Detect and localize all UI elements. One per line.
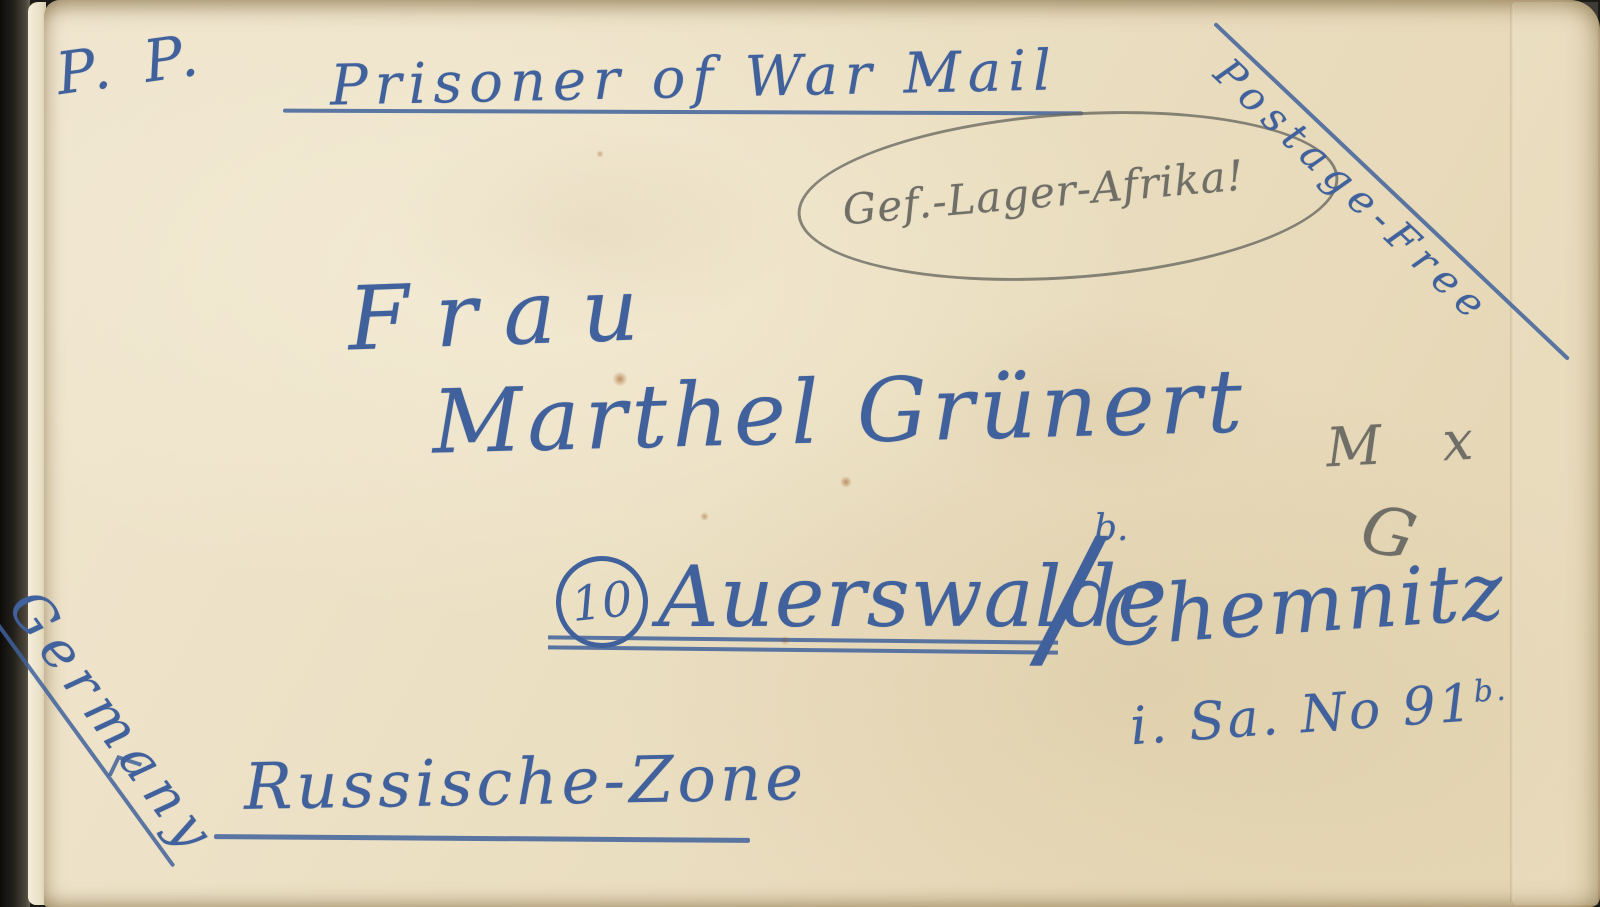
addressee-name: Marthel Grünert <box>431 349 1249 473</box>
addressee-salutation: Frau <box>346 257 666 371</box>
pencil-mark-mx: M x <box>1324 408 1496 480</box>
foxing-spot <box>596 150 604 158</box>
foxing-spot <box>840 476 852 488</box>
foxing-spot <box>612 372 628 386</box>
foxing-spot <box>780 636 790 645</box>
occupation-zone-label: Russische-Zone <box>243 741 807 825</box>
address-separator-slash: / <box>1042 518 1095 676</box>
foxing-spot <box>700 512 709 521</box>
paper-fold-band <box>1514 2 1598 905</box>
house-number-suffix: b. <box>1473 672 1510 709</box>
near-abbreviation: b. <box>1094 508 1129 549</box>
scanned-envelope: P. P. Prisoner of War Mail Gef.-Lager-Af… <box>0 0 1600 907</box>
album-binding <box>0 0 30 907</box>
